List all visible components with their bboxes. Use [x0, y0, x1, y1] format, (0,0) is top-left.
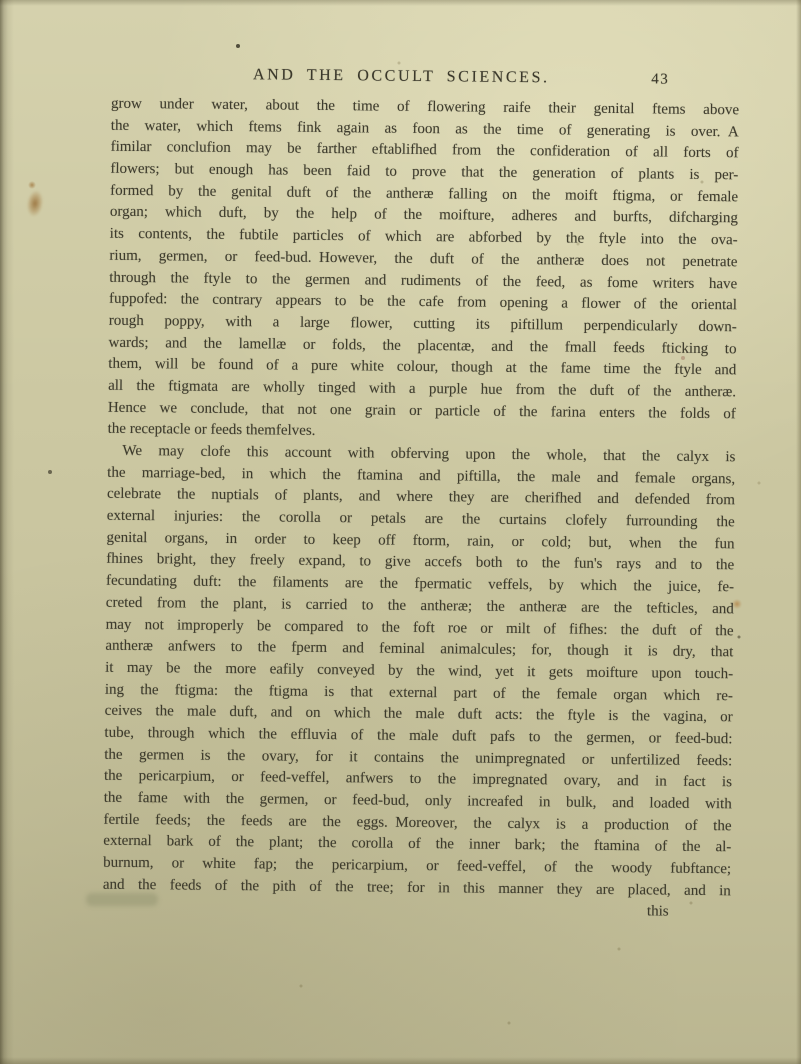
- page-edge-shadow-bottom: [0, 1057, 801, 1064]
- catchword: this: [647, 904, 669, 920]
- paper-stain-blot: [25, 189, 45, 218]
- page-number: 43: [651, 71, 669, 88]
- paper-stain-dot: [28, 181, 36, 189]
- book-page-scan: AND THE OCCULT SCIENCES. 43 grow under w…: [0, 0, 801, 1064]
- paper-specks: [0, 0, 2, 2]
- body-text: grow under water, about the time of flow…: [103, 94, 739, 903]
- page-edge-shadow-top: [0, 0, 801, 6]
- page-header: AND THE OCCULT SCIENCES. 43: [111, 63, 739, 101]
- page-edge-shadow-right: [796, 0, 801, 1064]
- page-content: AND THE OCCULT SCIENCES. 43 grow under w…: [103, 63, 740, 925]
- running-title: AND THE OCCULT SCIENCES.: [253, 66, 550, 87]
- gutter-shadow: [0, 0, 14, 1064]
